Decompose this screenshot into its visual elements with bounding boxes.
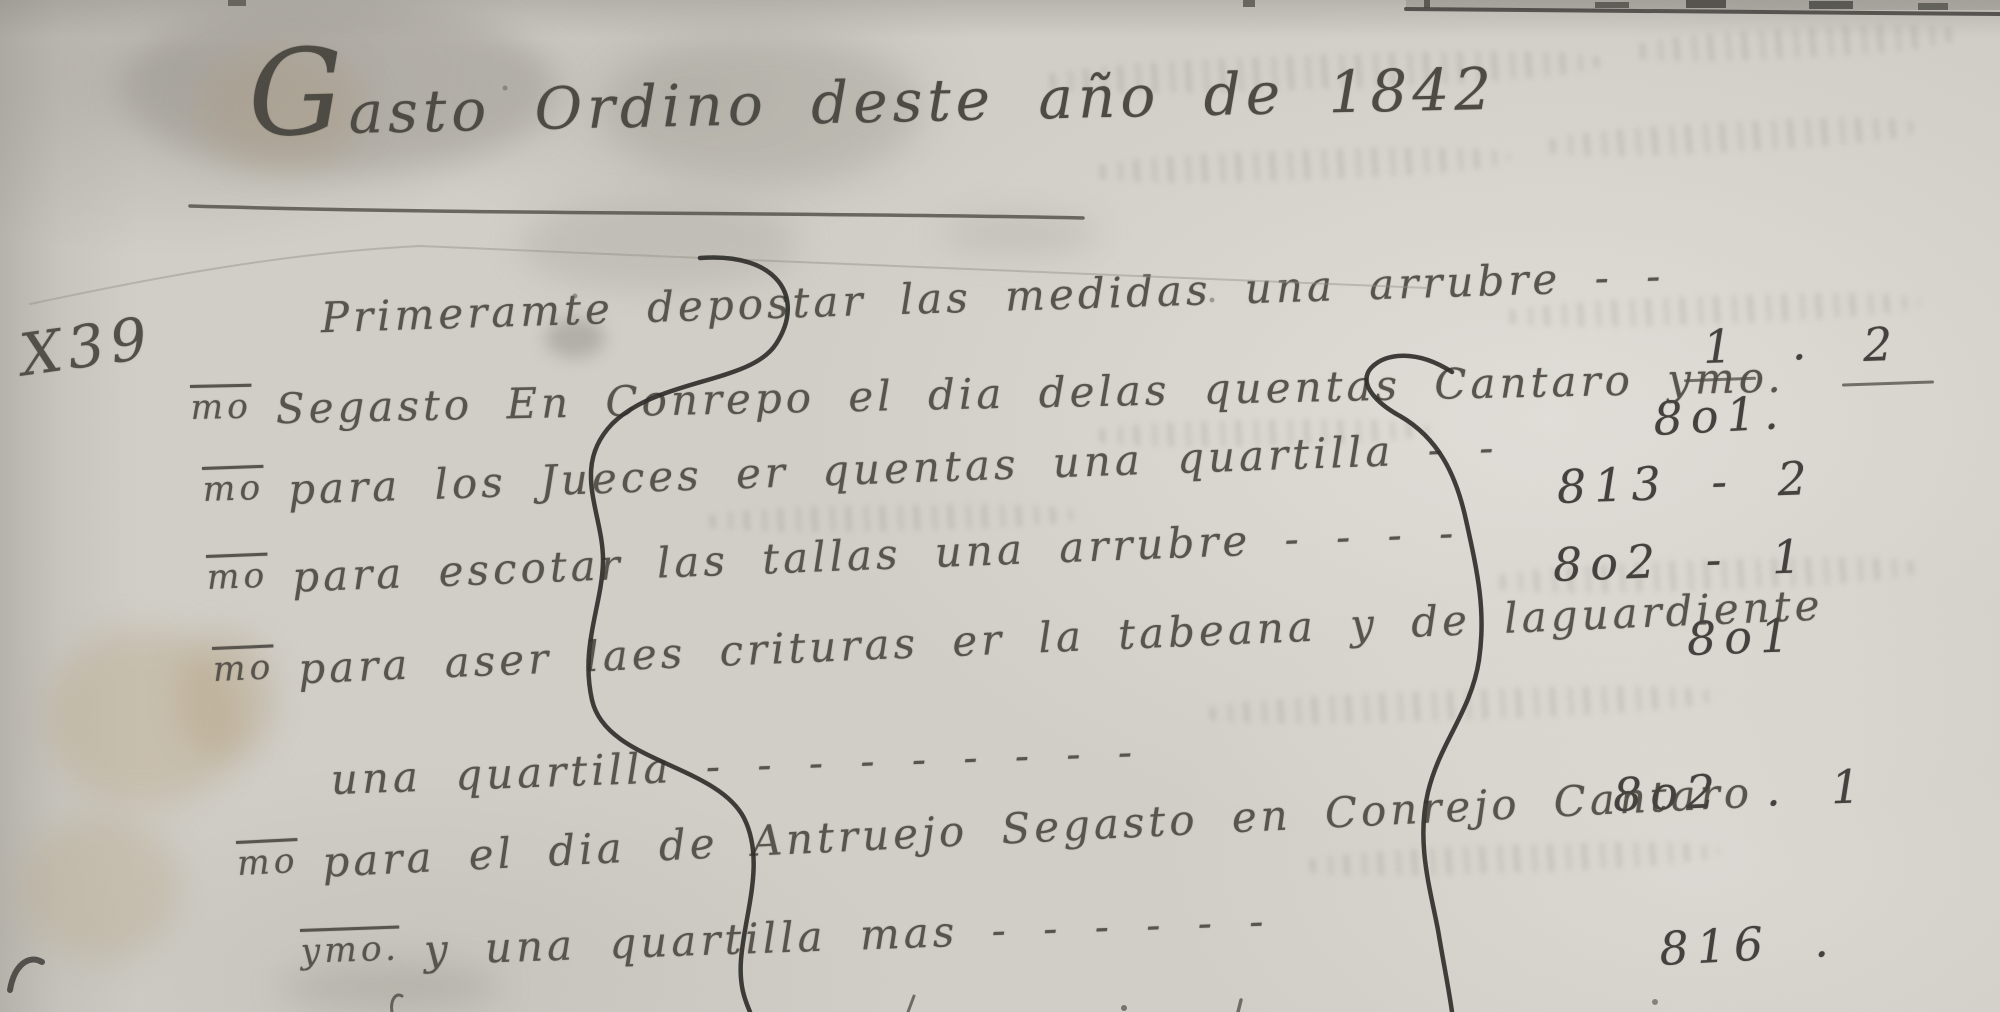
page-edge-mark — [1595, 2, 1629, 8]
page-edge-mark — [1238, 1000, 1241, 1012]
guide-line-stroke — [30, 246, 1428, 304]
page-edge-mark — [1121, 1005, 1127, 1011]
ink-strokes-overlay — [0, 0, 2000, 1012]
manuscript-page: Gasto Ordino deste año de 1842 X39 Prime… — [0, 0, 2000, 1012]
page-edge-mark — [1243, 0, 1255, 7]
cancellation-stroke-left — [588, 257, 787, 1012]
page-edge-mark — [503, 86, 508, 91]
page-edge-mark — [1424, 0, 1430, 8]
page-edge-mark — [10, 960, 42, 990]
cancellation-stroke-right — [1366, 356, 1481, 1012]
page-edge-mark — [1652, 999, 1658, 1005]
page-edge-mark — [1210, 298, 1215, 303]
page-edge-mark — [1809, 1, 1853, 9]
page-edge-mark — [908, 996, 914, 1012]
page-edge-mark — [573, 294, 578, 299]
page-edge-mark — [392, 995, 402, 1012]
page-edge-mark — [1918, 3, 1948, 10]
page-edge-mark — [228, 0, 246, 6]
page-edge-mark — [1686, 0, 1726, 8]
title-underline-stroke — [190, 206, 1083, 218]
